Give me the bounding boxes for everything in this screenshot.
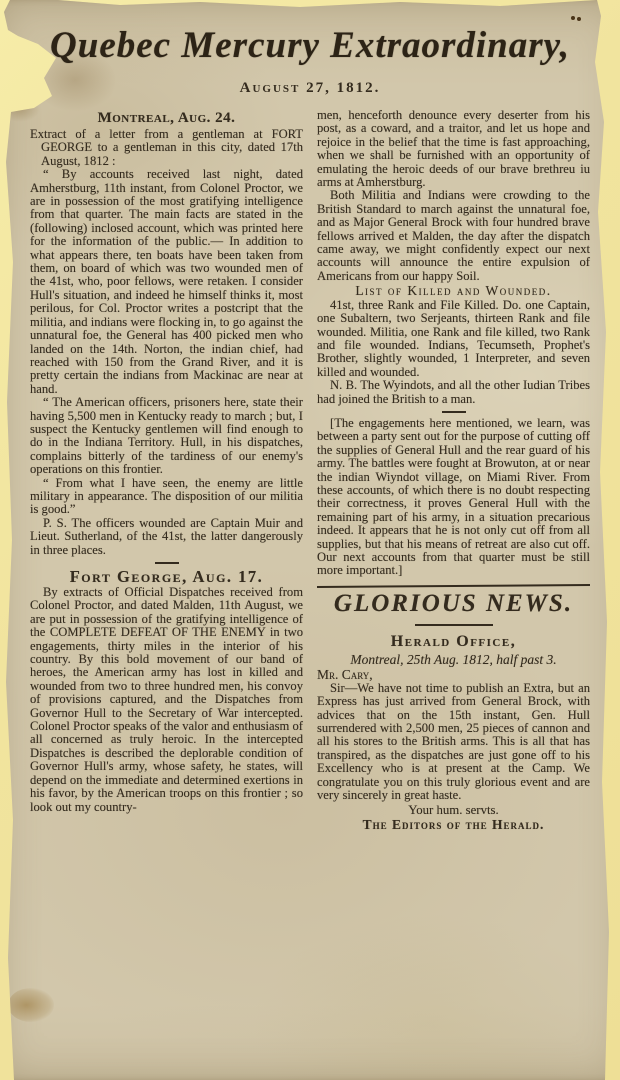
editorial-note-paragraph: [The engagements here mentioned, we lear… <box>317 417 590 578</box>
right-column: men, henceforth denounce every deserter … <box>317 109 590 832</box>
extract-intro-paragraph: Extract of a letter from a gentleman at … <box>30 128 303 168</box>
express-news-paragraph: Sir—We have not time to publish an Extra… <box>317 682 590 803</box>
signature-line: The Editors of the Herald. <box>317 817 590 832</box>
casualty-list-heading: List of Killed and Wounded. <box>317 284 590 297</box>
continuation-paragraph: men, henceforth denounce every deserter … <box>317 109 590 189</box>
herald-dateline: Montreal, 25th Aug. 1812, half past 3. <box>317 652 590 667</box>
newspaper-page: Quebec Mercury Extraordinary, August 27,… <box>0 0 620 832</box>
letter-paragraph: “ The American officers, prisoners here,… <box>30 396 303 476</box>
section-divider <box>155 562 179 564</box>
letter-paragraph: “ From what I have seen, the enemy are l… <box>30 477 303 517</box>
herald-office-heading: Herald Office, <box>317 633 590 651</box>
salutation-line: Mr. Cary, <box>317 668 590 682</box>
nota-bene-paragraph: N. B. The Wyindots, and all the other Iu… <box>317 379 590 406</box>
column-rule <box>317 584 590 588</box>
heading-rule <box>415 624 493 626</box>
montreal-heading: Montreal, Aug. 24. <box>30 110 303 127</box>
masthead: Quebec Mercury Extraordinary, August 27,… <box>0 0 620 97</box>
fort-george-heading: Fort George, Aug. 17. <box>30 568 303 585</box>
militia-paragraph: Both Militia and Indians were crowding t… <box>317 189 590 283</box>
article-columns: Montreal, Aug. 24. Extract of a letter f… <box>0 97 620 832</box>
glorious-news-heading: GLORIOUS NEWS. <box>317 589 590 618</box>
dispatch-paragraph: By extracts of Official Dispatches recei… <box>30 586 303 814</box>
postscript-paragraph: P. S. The officers wounded are Captain M… <box>30 517 303 557</box>
left-column: Montreal, Aug. 24. Extract of a letter f… <box>30 109 303 832</box>
casualty-list-paragraph: 41st, three Rank and File Killed. Do. on… <box>317 299 590 379</box>
masthead-title: Quebec Mercury Extraordinary, <box>0 24 620 67</box>
closing-line: Your hum. servts. <box>317 803 590 817</box>
stain-mark <box>8 988 54 1022</box>
letter-paragraph: “ By accounts received last night, dated… <box>30 168 303 396</box>
issue-dateline: August 27, 1812. <box>0 80 620 97</box>
section-divider <box>442 411 466 413</box>
